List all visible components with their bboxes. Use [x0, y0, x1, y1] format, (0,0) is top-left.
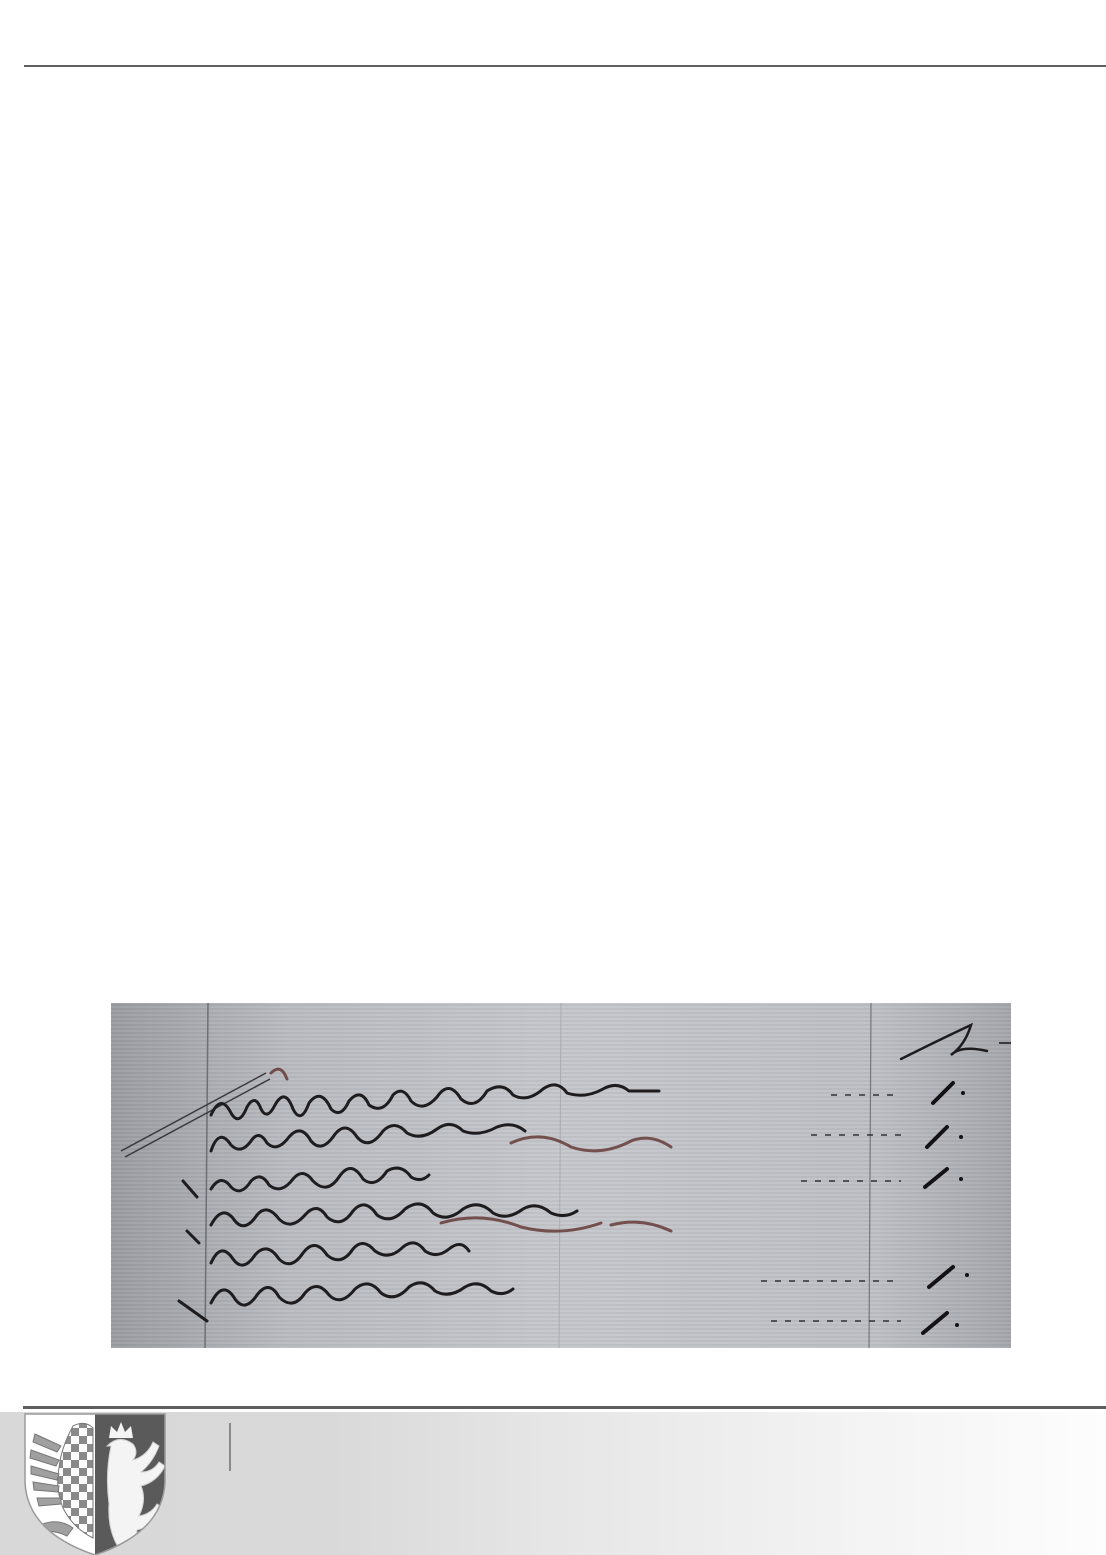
footer-rule [23, 1406, 1106, 1409]
header-rule [24, 65, 1106, 67]
coat-of-arms-icon [23, 1412, 173, 1555]
manuscript-photo [111, 1003, 1011, 1348]
manuscript-handwriting [111, 1003, 1011, 1348]
footer-divider [229, 1423, 231, 1471]
